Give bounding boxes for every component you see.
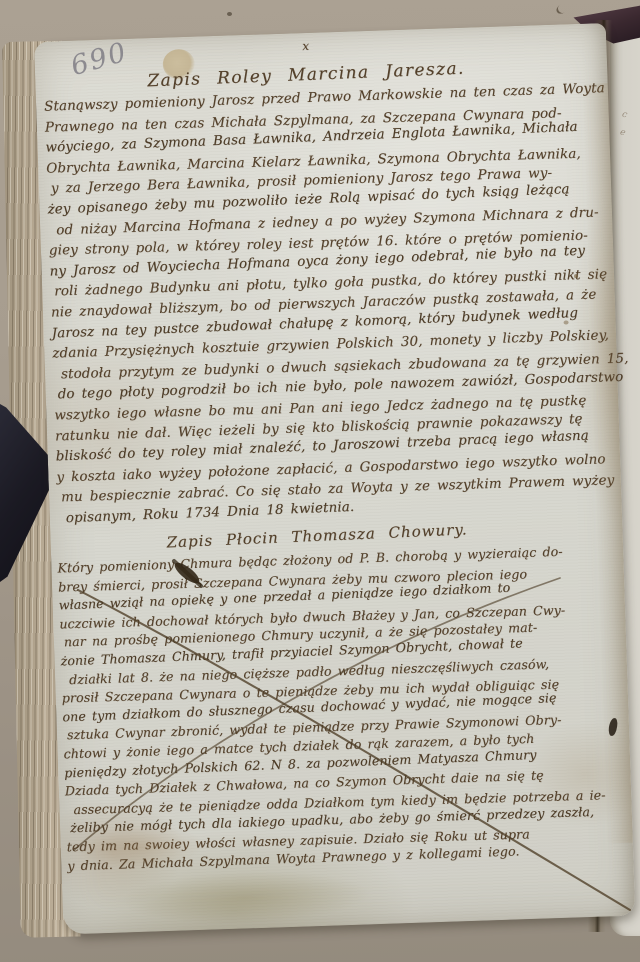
facing-page-text-fragment: c [621,110,628,121]
facing-page-text-fragment: e [619,128,627,139]
page-number: 690 [67,37,131,83]
photo-background: c e 690 x Zapis Roley Marcina Jaresza. S… [0,0,640,962]
entry-1-body: Stanąwszy pomieniony Jarosz przed Prawo … [44,79,618,530]
ink-speck [227,12,232,16]
ink-speck [555,1,571,16]
manuscript-page: 690 x Zapis Roley Marcina Jaresza. Staną… [34,23,635,934]
ink-dot [574,274,578,278]
corner-x-mark: x [302,39,309,53]
bottom-stain [120,867,372,927]
